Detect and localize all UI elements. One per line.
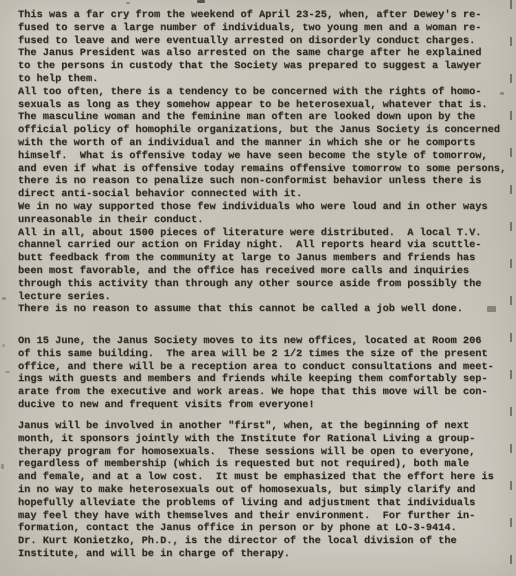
scan-speck: [126, 2, 130, 4]
scanned-document-page: This was a far cry from the weekend of A…: [0, 0, 516, 576]
scan-speck: [2, 297, 6, 300]
scan-speck: [500, 92, 504, 95]
paragraph-block-office-move: On 15 June, the Janus Society moves to i…: [18, 335, 494, 412]
scan-edge-artifact: [510, 0, 512, 576]
scan-speck: [1, 464, 4, 469]
scan-speck: [5, 371, 10, 373]
scan-speck: [197, 0, 205, 3]
paragraph-block-group-therapy: Janus will be involved in another "first…: [18, 420, 494, 561]
scan-speck: [487, 306, 496, 312]
paragraph-block-demonstration-report: This was a far cry from the weekend of A…: [18, 9, 506, 316]
scan-speck: [2, 344, 5, 347]
